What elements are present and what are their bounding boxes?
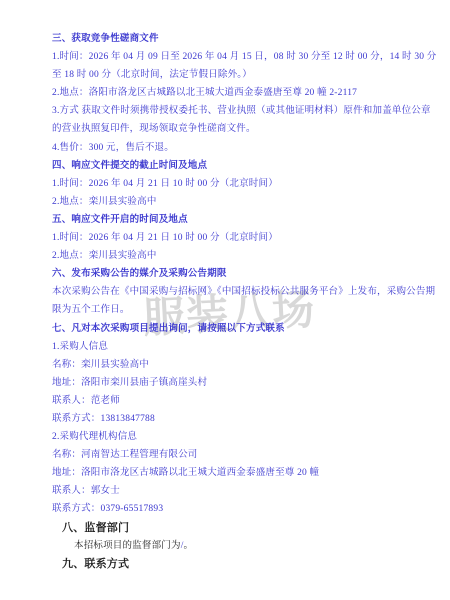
doc-line: 1.采购人信息 [52, 338, 410, 356]
text-run: 地址：洛阳市栾川县庙子镇高崖头村 [52, 378, 207, 388]
doc-line: 本次采购公告在《中国采购与招标网》《中国招标投标公共服务平台》上发布，采购公告期 [52, 283, 410, 301]
text-run: 的营业执照复印件，现场领取竞争性磋商文件。 [52, 124, 256, 134]
text-run: 本招标项目的监督部门为 [74, 541, 181, 551]
procurement-notice-document: 三、获取竞争性磋商文件1.时间：2026 年 04 月 09 日至 2026 年… [0, 0, 450, 600]
doc-line: 2.地点：栾川县实验高中 [52, 247, 410, 265]
text-run: 九、联系方式 [62, 558, 129, 570]
text-run: 1.时间：2026 年 04 月 09 日至 2026 年 04 月 15 日，… [52, 52, 437, 62]
text-run: 五、响应文件开启的时间及地点 [52, 215, 188, 225]
text-run: 名称：河南智达工程管理有限公司 [52, 450, 198, 460]
text-run: 本次采购公告在《中国采购与招标网》《中国招标投标公共服务平台》上发布，采购公告期 [52, 287, 435, 297]
doc-line: 2.采购代理机构信息 [52, 428, 410, 446]
text-run: 联系人：范老师 [52, 396, 120, 406]
text-run: 名称：栾川县实验高中 [52, 360, 149, 370]
doc-line: 1.时间：2026 年 04 月 21 日 10 时 00 分（北京时间） [52, 229, 410, 247]
doc-line: 1.时间：2026 年 04 月 09 日至 2026 年 04 月 15 日，… [52, 48, 410, 66]
text-run: 3.方式 获取文件时须携带授权委托书、营业执照（或其他证明材料）原件和加盖单位公… [52, 106, 431, 116]
text-run: 2.地点：栾川县实验高中 [52, 197, 157, 207]
text-run: 4.售价：300 元，售后不退。 [52, 143, 174, 153]
text-run: 四、响应文件提交的截止时间及地点 [52, 161, 207, 171]
doc-line: 1.时间：2026 年 04 月 21 日 10 时 00 分（北京时间） [52, 175, 410, 193]
section-heading: 九、联系方式 [62, 555, 410, 573]
text-run: 八、监督部门 [62, 522, 129, 534]
document-body: 三、获取竞争性磋商文件1.时间：2026 年 04 月 09 日至 2026 年… [52, 30, 410, 573]
section-heading: 六、发布采购公告的媒介及采购公告期限 [52, 265, 410, 283]
text-run: 联系人：郭女士 [52, 486, 120, 496]
doc-line: 联系人：范老师 [52, 392, 410, 410]
doc-line: 2.地点：栾川县实验高中 [52, 193, 410, 211]
text-run: 至 18 时 00 分（北京时间，法定节假日除外。） [52, 70, 252, 80]
doc-line: 联系人：郭女士 [52, 482, 410, 500]
doc-line: 2.地点：洛阳市洛龙区古城路以北王城大道西金泰盛唐至尊 20 幢 2-2117 [52, 84, 410, 102]
text-run: 1.采购人信息 [52, 342, 108, 352]
doc-line: 本招标项目的监督部门为/。 [74, 537, 410, 555]
text-run: 。 [184, 541, 194, 551]
text-run: 三、获取竞争性磋商文件 [52, 34, 159, 44]
text-run: 六、发布采购公告的媒介及采购公告期限 [52, 269, 227, 279]
doc-line: 的营业执照复印件，现场领取竞争性磋商文件。 [52, 120, 410, 138]
section-heading: 四、响应文件提交的截止时间及地点 [52, 157, 410, 175]
doc-line: 3.方式 获取文件时须携带授权委托书、营业执照（或其他证明材料）原件和加盖单位公… [52, 102, 410, 120]
doc-line: 地址：洛阳市洛龙区古城路以北王城大道西金泰盛唐至尊 20 幢 [52, 464, 410, 482]
doc-line: 名称：栾川县实验高中 [52, 356, 410, 374]
doc-line: 联系方式：0379-65517893 [52, 500, 410, 518]
text-run: 限为五个工作日。 [52, 305, 130, 315]
text-run: 1.时间：2026 年 04 月 21 日 10 时 00 分（北京时间） [52, 233, 278, 243]
doc-line: 4.售价：300 元，售后不退。 [52, 139, 410, 157]
text-run: 2.采购代理机构信息 [52, 432, 137, 442]
text-run: 地址：洛阳市洛龙区古城路以北王城大道西金泰盛唐至尊 20 幢 [52, 468, 319, 478]
doc-line: 名称：河南智达工程管理有限公司 [52, 446, 410, 464]
section-heading: 七、凡对本次采购项目提出询问，请按照以下方式联系 [52, 320, 410, 338]
text-run: 联系方式：0379-65517893 [52, 504, 163, 514]
doc-line: 至 18 时 00 分（北京时间，法定节假日除外。） [52, 66, 410, 84]
text-run: 七、凡对本次采购项目提出询问，请按照以下方式联系 [52, 324, 285, 334]
text-run: 1.时间：2026 年 04 月 21 日 10 时 00 分（北京时间） [52, 179, 278, 189]
section-heading: 三、获取竞争性磋商文件 [52, 30, 410, 48]
text-run: 2.地点：栾川县实验高中 [52, 251, 157, 261]
doc-line: 地址：洛阳市栾川县庙子镇高崖头村 [52, 374, 410, 392]
text-run: 联系方式：13813847788 [52, 414, 155, 424]
section-heading: 八、监督部门 [62, 519, 410, 537]
doc-line: 联系方式：13813847788 [52, 410, 410, 428]
section-heading: 五、响应文件开启的时间及地点 [52, 211, 410, 229]
doc-line: 限为五个工作日。 [52, 301, 410, 319]
text-run: 2.地点：洛阳市洛龙区古城路以北王城大道西金泰盛唐至尊 20 幢 2-2117 [52, 88, 357, 98]
